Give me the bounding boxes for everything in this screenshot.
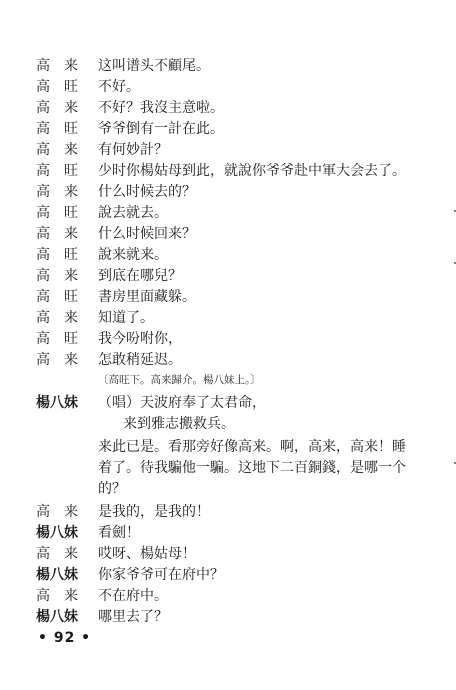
line-text: 你家爷爷可在府中？ — [98, 565, 224, 585]
dialogue-line: 高来有何妙計？ — [36, 140, 168, 160]
dialogue-line: 高来哎呀、楊姑母！ — [36, 544, 196, 564]
line-text: 書房里面藏躲。 — [98, 287, 196, 307]
speaker-name: 高旺 — [36, 77, 98, 97]
sung-line: 来到雅志搬救兵。 — [123, 414, 235, 434]
speaker-name: 高来 — [36, 544, 98, 564]
dialogue-line: 高旺說去就去。 — [36, 203, 168, 223]
speaker-name: 高旺 — [36, 203, 98, 223]
line-text: 不在府中。 — [98, 586, 168, 606]
dialogue-line: 高来什么时候回来？ — [36, 224, 196, 244]
speaker-name: 高来 — [36, 308, 98, 328]
speaker-name: 高旺 — [36, 119, 98, 139]
speaker-name: 楊八妹 — [36, 565, 98, 585]
dialogue-line: 高旺我今吩咐你， — [36, 329, 182, 349]
dialogue-line: 楊八妹（唱）天波府奉了太君命， — [36, 393, 266, 413]
dialogue-line: 楊八妹看劍！ — [36, 523, 140, 543]
speaker-name: 高来 — [36, 502, 98, 522]
page-number: • 92 • — [38, 630, 91, 646]
dialogue-line: 高旺爷爷倒有一計在此。 — [36, 119, 224, 139]
sung-line: （唱）天波府奉了太君命， — [98, 393, 266, 413]
speaker-name: 高旺 — [36, 161, 98, 181]
dialogue-line: 楊八妹你家爷爷可在府中？ — [36, 565, 224, 585]
line-text: 到底在哪兒？ — [98, 266, 182, 286]
dialogue-line: 高旺不好。 — [36, 77, 140, 97]
dialogue-line: 高来到底在哪兒？ — [36, 266, 182, 286]
line-text: 是我的，是我的！ — [98, 502, 210, 522]
line-text: 什么时候去的？ — [98, 182, 196, 202]
dialogue-line: 高来怎敢稍延迟。 — [36, 350, 182, 370]
dialogue-line: 高来不在府中。 — [36, 586, 168, 606]
dialogue-line: 高来这叫谱头不顧尾。 — [36, 56, 210, 76]
dialogue-line: 高来不好？我沒主意啦。 — [36, 98, 224, 118]
spoken-line: 来此已是。看那旁好像高来。啊，高来，高来！睡 — [98, 437, 406, 457]
line-text: 这叫谱头不顧尾。 — [98, 56, 210, 76]
line-text: 哪里去了？ — [98, 607, 168, 627]
line-text: 說来就来。 — [98, 245, 168, 265]
dialogue-line: 高旺書房里面藏躲。 — [36, 287, 196, 307]
spoken-line: 的？ — [98, 479, 126, 499]
speaker-name: 高旺 — [36, 329, 98, 349]
line-text: 我今吩咐你， — [98, 329, 182, 349]
line-text: 怎敢稍延迟。 — [98, 350, 182, 370]
dialogue-line: 高来是我的，是我的！ — [36, 502, 210, 522]
line-text: 爷爷倒有一計在此。 — [98, 119, 224, 139]
speaker-name: 楊八妹 — [36, 607, 98, 627]
speaker-name: 高来 — [36, 224, 98, 244]
dialogue-line: 高来知道了。 — [36, 308, 154, 328]
speaker-name: 高来 — [36, 586, 98, 606]
speaker-name: 楊八妹 — [36, 523, 98, 543]
speaker-name: 高来 — [36, 182, 98, 202]
dialogue-line: 高旺少时你楊姑母到此，就說你爷爷赴中軍大会去了。 — [36, 161, 406, 181]
spoken-line: 着了。待我騙他一騙。这地下二百銅錢，是哪一个 — [98, 458, 406, 478]
speaker-name: 高旺 — [36, 245, 98, 265]
dialogue-line: 高来什么时候去的？ — [36, 182, 196, 202]
dialogue-line: 楊八妹哪里去了？ — [36, 607, 168, 627]
dialogue-line: 高旺說来就来。 — [36, 245, 168, 265]
book-page: 高来这叫谱头不顧尾。 高旺不好。 高来不好？我沒主意啦。 高旺爷爷倒有一計在此。… — [0, 0, 456, 690]
line-text: 少时你楊姑母到此，就說你爷爷赴中軍大会去了。 — [98, 161, 406, 181]
speaker-name: 高来 — [36, 56, 98, 76]
line-text: 說去就去。 — [98, 203, 168, 223]
line-text: 看劍！ — [98, 523, 140, 543]
speaker-name: 高来 — [36, 98, 98, 118]
speaker-name: 楊八妹 — [36, 393, 98, 413]
stage-direction: 〔高旺下。高来歸介。楊八妹上。〕 — [98, 373, 261, 387]
speaker-name: 高来 — [36, 140, 98, 160]
line-text: 有何妙計？ — [98, 140, 168, 160]
line-text: 哎呀、楊姑母！ — [98, 544, 196, 564]
line-text: 知道了。 — [98, 308, 154, 328]
speaker-name: 高来 — [36, 266, 98, 286]
line-text: 什么时候回来？ — [98, 224, 196, 244]
line-text: 不好？我沒主意啦。 — [98, 98, 224, 118]
speaker-name: 高来 — [36, 350, 98, 370]
line-text: 不好。 — [98, 77, 140, 97]
speaker-name: 高旺 — [36, 287, 98, 307]
